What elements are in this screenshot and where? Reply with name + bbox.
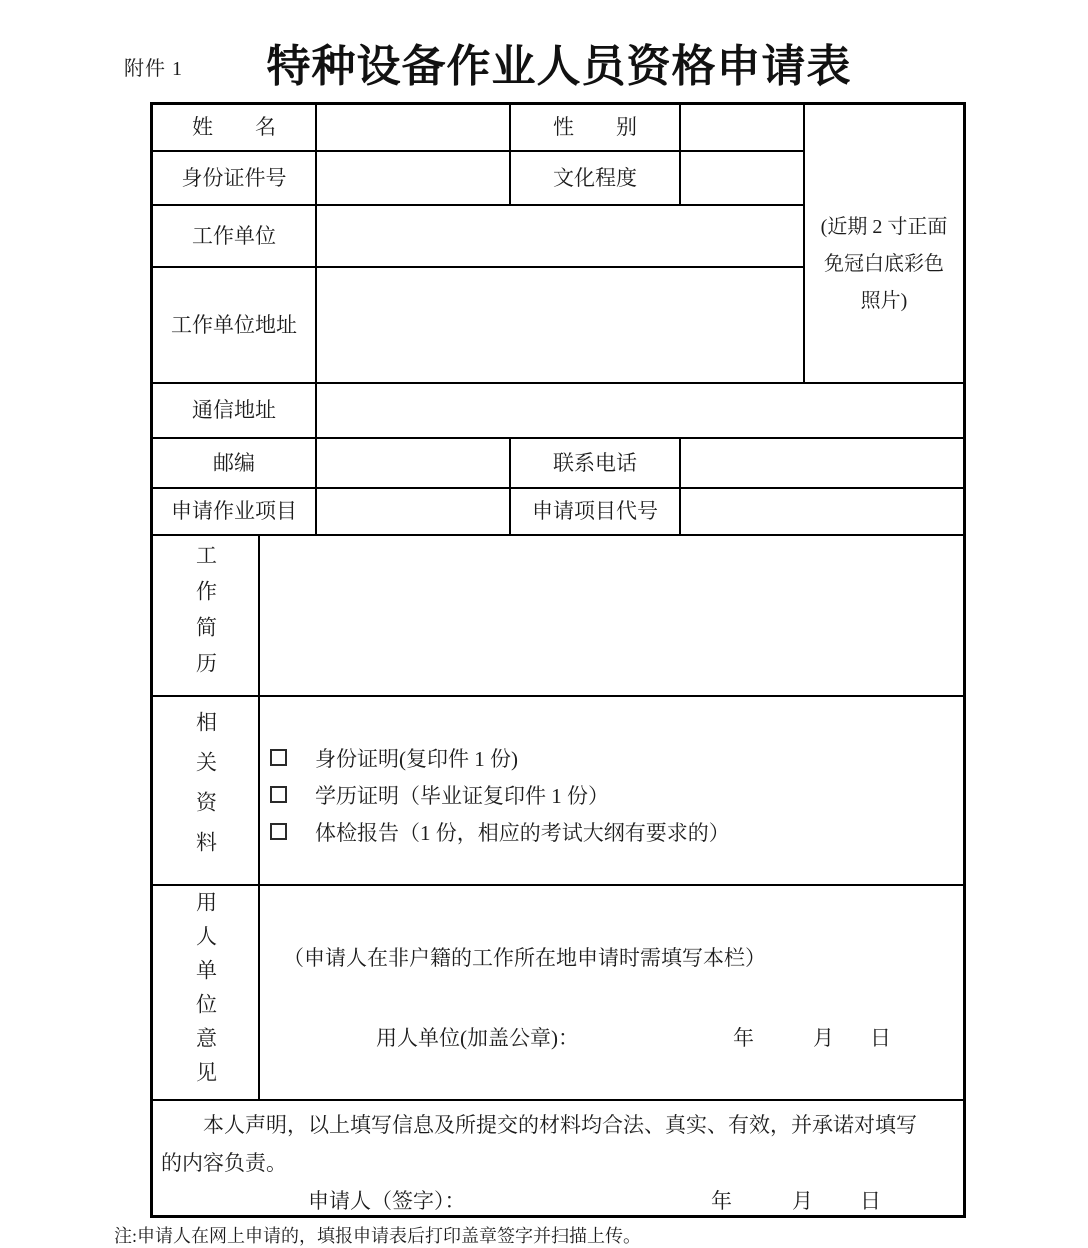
material-item-label: 体检报告（1 份，相应的考试大纲有要求的） xyxy=(315,817,730,847)
applicant-signature-label: 申请人（签字）： xyxy=(308,1182,466,1220)
material-item-label: 学历证明（毕业证复印件 1 份） xyxy=(315,780,609,810)
work-resume-input-cell[interactable] xyxy=(260,536,963,697)
signature-line: 申请人（签字）： 年 月 日 xyxy=(161,1182,953,1220)
id-number-input-cell[interactable] xyxy=(317,152,511,206)
applied-project-label: 申请作业项目 xyxy=(153,489,317,536)
photo-note-line1: (近期 2 寸正面 xyxy=(821,209,948,246)
day-label: 日 xyxy=(870,1022,891,1052)
work-resume-label: 工作简历 xyxy=(153,536,260,697)
month-label: 月 xyxy=(792,1182,813,1220)
employer-opinion-label: 用人单位意见 xyxy=(153,886,260,1101)
employer-opinion-content: （申请人在非户籍的工作所在地申请时需填写本栏） 用人单位(加盖公章)： 年 月 … xyxy=(260,886,963,1101)
checkbox-icon[interactable] xyxy=(270,823,287,840)
declaration-section: 本人声明，以上填写信息及所提交的材料均合法、真实、有效，并承诺对填写 的内容负责… xyxy=(153,1101,963,1215)
phone-input-cell[interactable] xyxy=(681,439,963,489)
education-label: 文化程度 xyxy=(511,152,681,206)
postal-code-label: 邮编 xyxy=(153,439,317,489)
employer-opinion-note: （申请人在非户籍的工作所在地申请时需填写本栏） xyxy=(283,942,766,972)
education-input-cell[interactable] xyxy=(681,152,805,206)
related-materials-content: 身份证明(复印件 1 份) 学历证明（毕业证复印件 1 份） 体检报告（1 份，… xyxy=(260,697,963,886)
employer-input-cell[interactable] xyxy=(317,206,805,268)
page-title: 特种设备作业人员资格申请表 xyxy=(0,30,1088,94)
declaration-line1: 本人声明，以上填写信息及所提交的材料均合法、真实、有效，并承诺对填写 xyxy=(161,1106,953,1144)
gender-input-cell[interactable] xyxy=(681,105,805,152)
declaration-line2: 的内容负责。 xyxy=(161,1144,953,1182)
year-label: 年 xyxy=(711,1182,732,1220)
mailing-address-input-cell[interactable] xyxy=(317,384,963,439)
photo-note-line2: 免冠白底彩色 xyxy=(824,246,944,283)
material-item-row: 体检报告（1 份，相应的考试大纲有要求的） xyxy=(270,813,963,850)
name-label: 姓 名 xyxy=(153,105,317,152)
name-input-cell[interactable] xyxy=(317,105,511,152)
material-item-label: 身份证明(复印件 1 份) xyxy=(315,743,518,773)
application-form-table: 姓 名 性 别 (近期 2 寸正面 免冠白底彩色 照片) 身份证件号 文化程度 … xyxy=(150,102,966,1218)
checkbox-icon[interactable] xyxy=(270,786,287,803)
footer-note: 注:申请人在网上申请的，填报申请表后打印盖章签字并扫描上传。 xyxy=(114,1222,641,1248)
project-code-input-cell[interactable] xyxy=(681,489,963,536)
employer-address-label: 工作单位地址 xyxy=(153,268,317,384)
year-label: 年 xyxy=(733,1022,754,1052)
checkbox-icon[interactable] xyxy=(270,749,287,766)
photo-box: (近期 2 寸正面 免冠白底彩色 照片) xyxy=(805,105,963,384)
project-code-label: 申请项目代号 xyxy=(511,489,681,536)
mailing-address-label: 通信地址 xyxy=(153,384,317,439)
day-label: 日 xyxy=(860,1182,881,1220)
employer-seal-line: 用人单位(加盖公章)： 年 月 日 xyxy=(260,1022,963,1050)
employer-address-input-cell[interactable] xyxy=(317,268,805,384)
material-item-row: 身份证明(复印件 1 份) xyxy=(270,739,963,776)
applied-project-input-cell[interactable] xyxy=(317,489,511,536)
material-item-row: 学历证明（毕业证复印件 1 份） xyxy=(270,776,963,813)
phone-label: 联系电话 xyxy=(511,439,681,489)
employer-label: 工作单位 xyxy=(153,206,317,268)
photo-note-line3: 照片) xyxy=(861,283,908,320)
id-number-label: 身份证件号 xyxy=(153,152,317,206)
employer-seal-label: 用人单位(加盖公章)： xyxy=(376,1022,579,1052)
related-materials-label: 相关资料 xyxy=(153,697,260,886)
postal-code-input-cell[interactable] xyxy=(317,439,511,489)
month-label: 月 xyxy=(813,1022,834,1052)
gender-label: 性 别 xyxy=(511,105,681,152)
